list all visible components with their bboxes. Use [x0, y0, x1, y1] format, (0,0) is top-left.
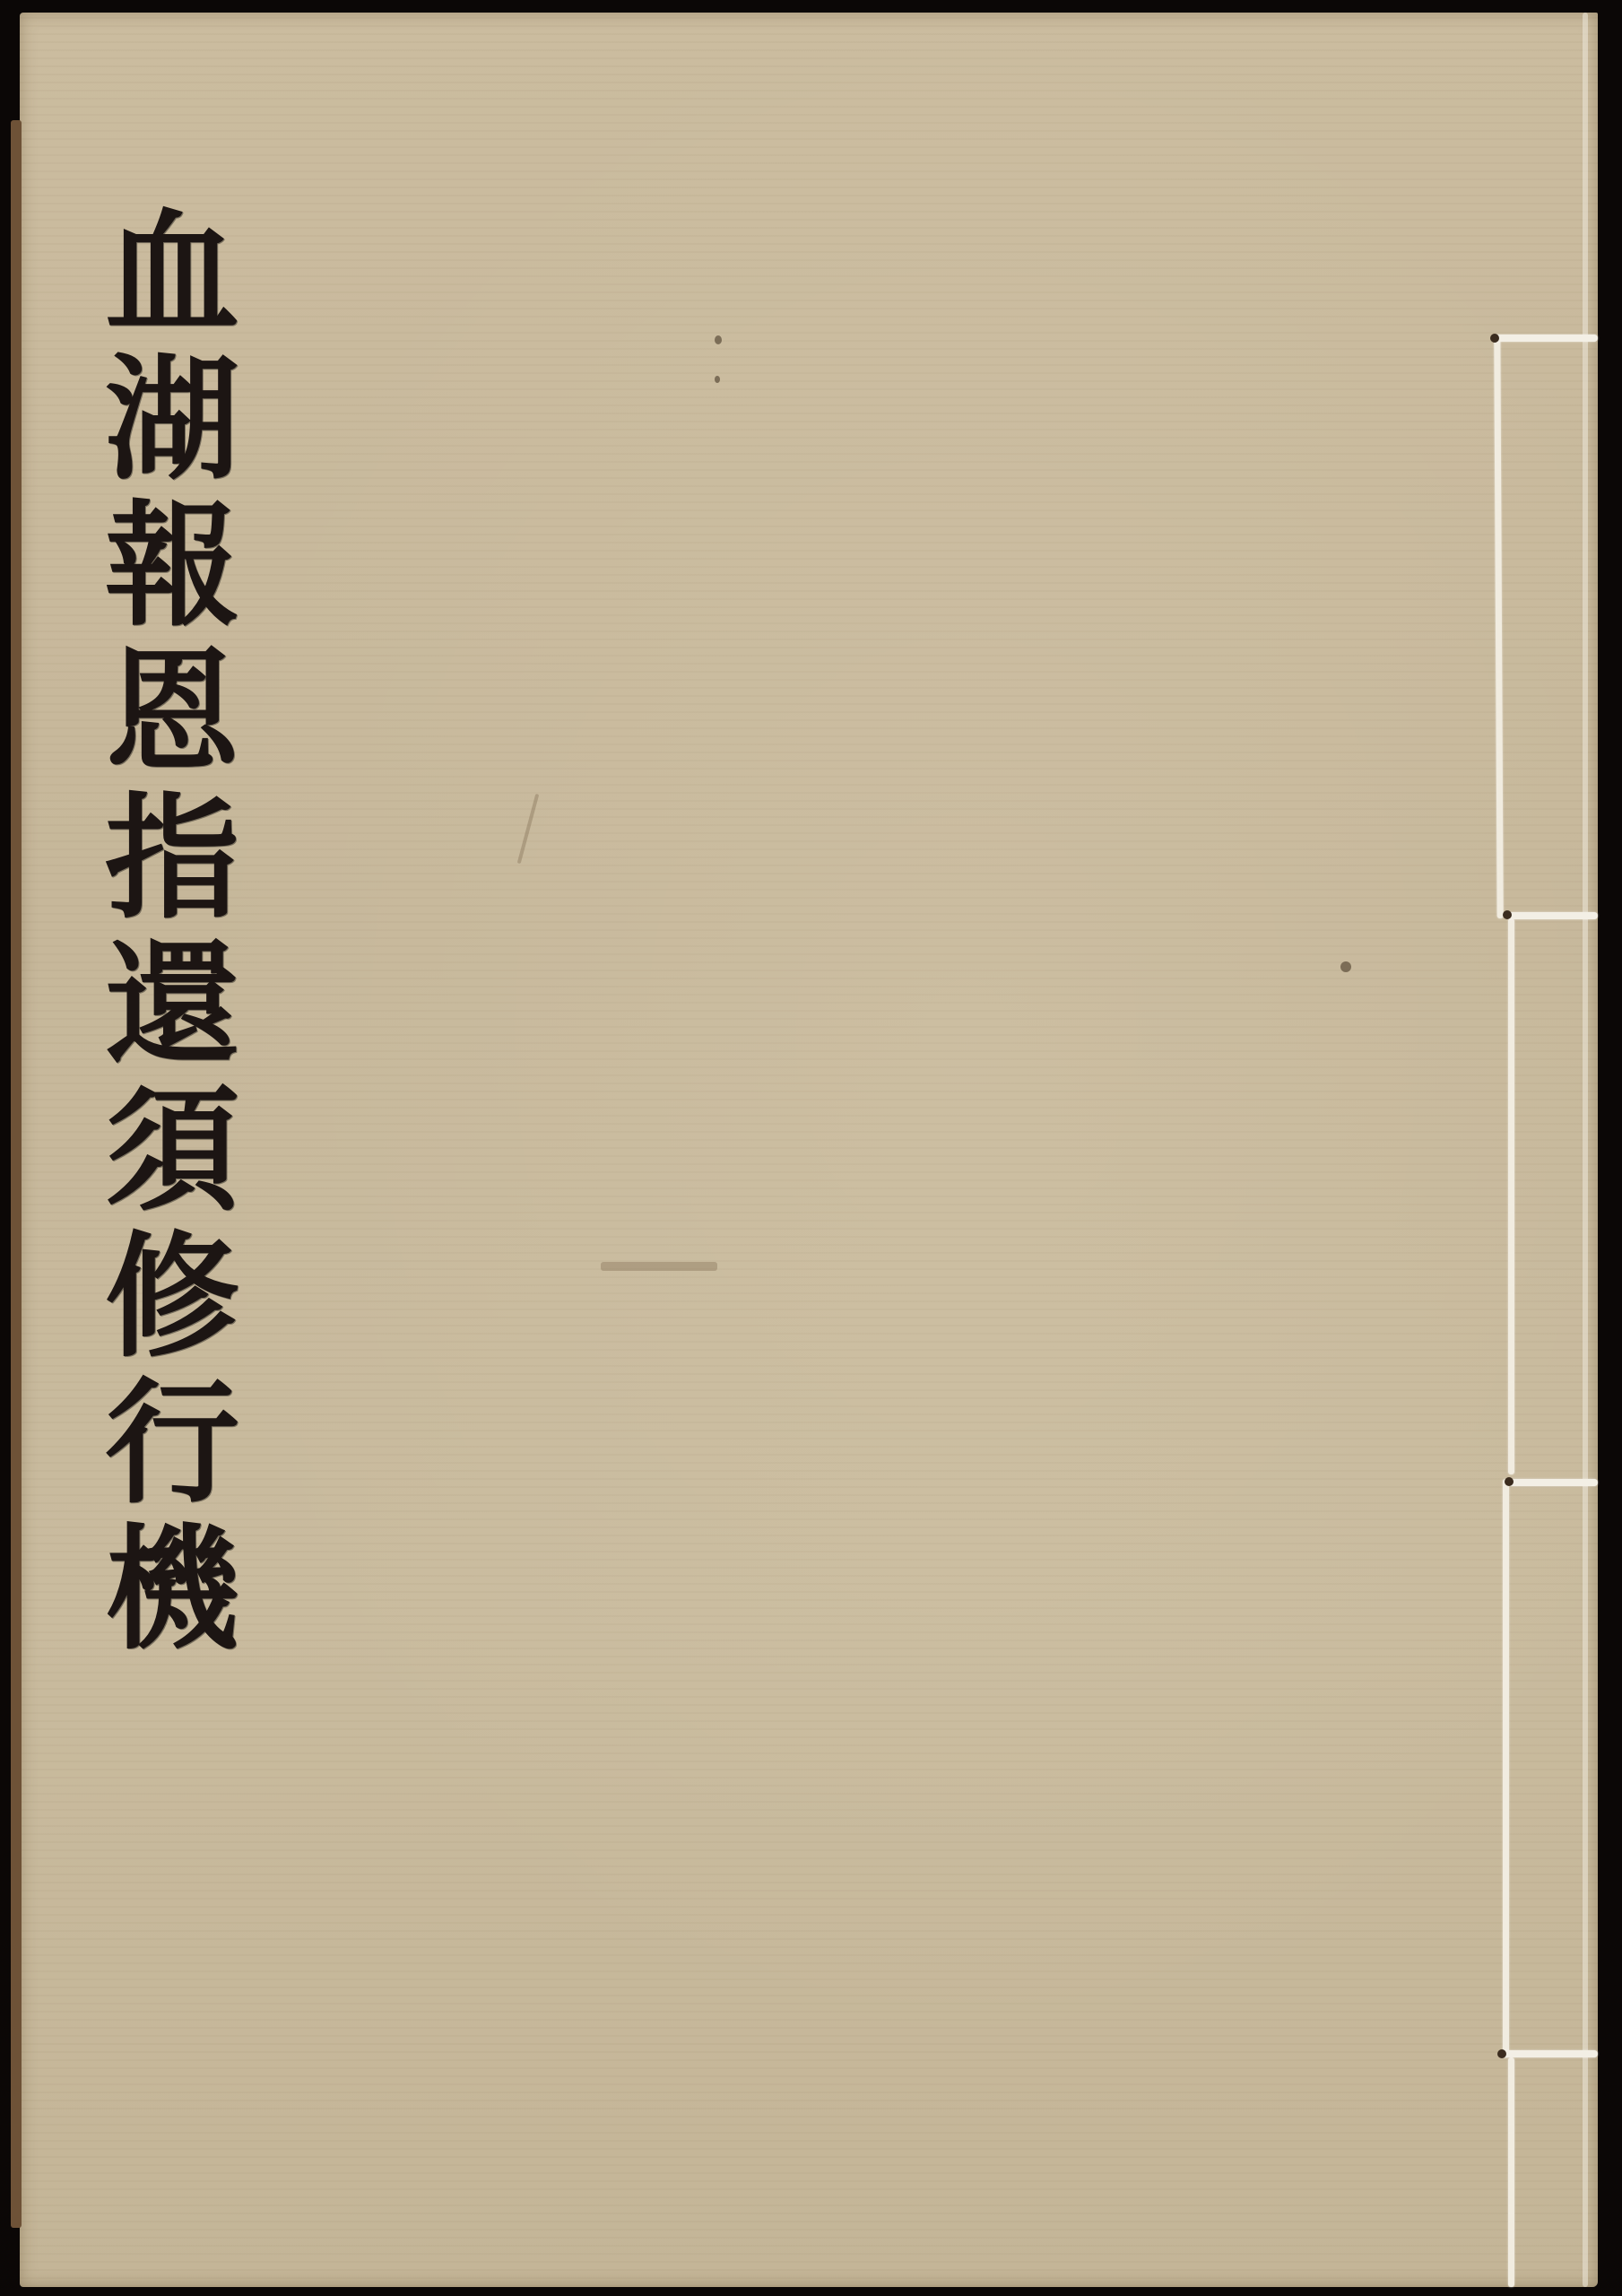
paper-spot	[715, 376, 720, 383]
title-char-4: 恩	[105, 639, 239, 786]
title-char-6: 還	[105, 932, 239, 1078]
faint-printed-mark	[601, 1262, 717, 1271]
title-char-5: 指	[105, 786, 239, 932]
title-char-7: 須	[105, 1078, 239, 1224]
binding-stitch-1	[1494, 335, 1598, 342]
title-char-10: 機	[105, 1517, 239, 1663]
book-cover: 血 湖 報 恩 指 還 須 修 行 機	[20, 13, 1598, 2287]
binding-thread	[1508, 918, 1514, 1474]
binding-stitch-2	[1506, 912, 1598, 919]
title-char-3: 報	[105, 493, 239, 639]
title-char-2: 湖	[105, 347, 239, 493]
binding-thread	[1503, 1479, 1509, 2057]
title-char-9: 行	[105, 1370, 239, 1517]
stitch-hole	[1490, 334, 1499, 343]
paper-crease	[517, 794, 540, 864]
stitch-hole	[1497, 2049, 1506, 2058]
stitch-hole	[1503, 910, 1512, 919]
title-char-1: 血	[105, 201, 239, 347]
binding-thread	[1508, 2057, 1514, 2287]
stitch-hole	[1505, 1477, 1514, 1486]
cover-title: 血 湖 報 恩 指 還 須 修 行 機	[65, 201, 280, 1663]
paper-spot	[1340, 961, 1351, 972]
spine-edge-thread	[1583, 13, 1588, 2287]
paper-spot	[715, 335, 722, 344]
binding-stitch-3	[1508, 1479, 1598, 1486]
binding-stitch-4	[1501, 2050, 1598, 2057]
binding-spine	[1497, 13, 1598, 2287]
title-char-8: 修	[105, 1224, 239, 1370]
